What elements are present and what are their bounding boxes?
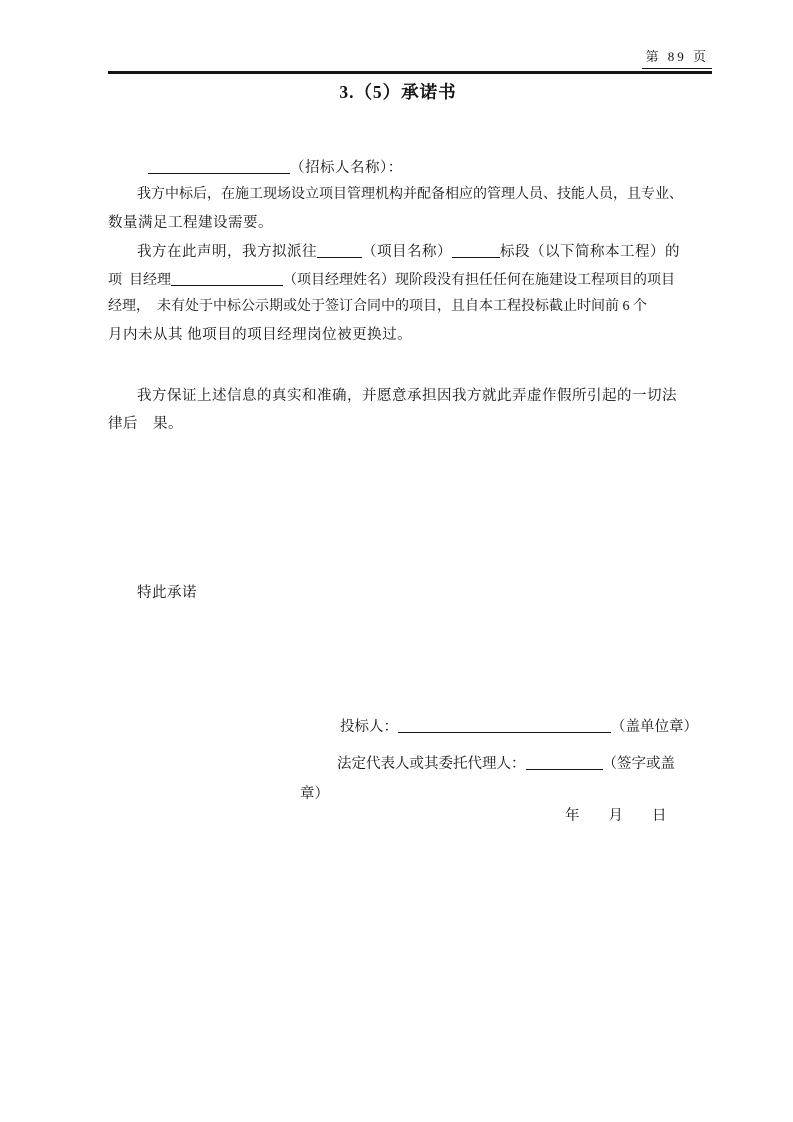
line-bidder-signature: 投标人：（盖单位章）: [340, 716, 698, 737]
text-segment: 月内未从其 他项目的项目经理岗位被更换过。: [108, 327, 412, 343]
line-para3-1: 我方保证上述信息的真实和准确，并愿意承担因我方就此弄虚作假所引起的一切法: [137, 386, 677, 406]
text-segment: 我方中标后，在施工现场设立项目管理机构并配备相应的管理人员、技能人员，且专业、: [137, 187, 683, 202]
line-date: 年 月 日: [565, 806, 667, 826]
text-segment: 数量满足工程建设需要。: [108, 215, 273, 231]
document-page: 第 89 页 3.（5）承诺书 （招标人名称）：我方中标后，在施工现场设立项目管…: [0, 0, 793, 1122]
fill-in-blank: [148, 159, 290, 174]
fill-in-blank: [317, 243, 362, 258]
fill-in-blank: [526, 755, 603, 770]
text-segment: 法定代表人或其委托代理人：: [337, 756, 526, 772]
text-segment: （招标人名称）：: [290, 160, 403, 176]
fill-in-blank: [452, 243, 500, 258]
line-para2-2: 项 目经理（项目经理姓名）现阶段没有担任任何在施建设工程项目的项目: [108, 269, 675, 291]
text-segment: 经理， 未有处于中标公示期或处于签订合同中的项目，且自本工程投标截止时间前 6 …: [108, 299, 647, 314]
document-title: 3.（5）承诺书: [108, 79, 688, 104]
line-para3-2: 律后 果。: [108, 414, 183, 434]
text-segment: 标段（以下简称本工程）的: [500, 244, 680, 260]
line-representative-signature: 法定代表人或其委托代理人：（签字或盖: [337, 753, 675, 774]
line-para2-4: 月内未从其 他项目的项目经理岗位被更换过。: [108, 325, 412, 345]
text-segment: （盖单位章）: [611, 719, 698, 735]
line-closing: 特此承诺: [137, 583, 197, 603]
line-representative-signature-wrap: 章）: [300, 784, 329, 804]
text-segment: 我方保证上述信息的真实和准确，并愿意承担因我方就此弄虚作假所引起的一切法: [137, 388, 677, 404]
text-segment: 年 月 日: [565, 808, 667, 824]
text-segment: 我方在此声明，我方拟派往: [137, 244, 317, 260]
line-para2-1: 我方在此声明，我方拟派往（项目名称）标段（以下简称本工程）的: [137, 241, 680, 262]
line-para1-1: 我方中标后，在施工现场设立项目管理机构并配备相应的管理人员、技能人员，且专业、: [137, 185, 683, 205]
text-segment: 律后 果。: [108, 416, 183, 432]
text-segment: 投标人：: [340, 719, 398, 735]
text-segment: （项目经理姓名）现阶段没有担任任何在施建设工程项目的项目: [283, 273, 675, 288]
text-segment: 章）: [300, 786, 329, 802]
page-number: 第 89 页: [642, 46, 712, 69]
text-segment: （签字或盖: [603, 756, 676, 772]
fill-in-blank: [171, 271, 283, 286]
fill-in-blank: [398, 718, 611, 733]
header-rule: [108, 71, 712, 74]
line-addressee: （招标人名称）：: [148, 157, 403, 178]
text-segment: 特此承诺: [137, 585, 197, 601]
text-segment: （项目名称）: [362, 244, 452, 260]
line-para1-2: 数量满足工程建设需要。: [108, 213, 273, 233]
line-para2-3: 经理， 未有处于中标公示期或处于签订合同中的项目，且自本工程投标截止时间前 6 …: [108, 297, 647, 317]
text-segment: 项 目经理: [108, 273, 171, 288]
